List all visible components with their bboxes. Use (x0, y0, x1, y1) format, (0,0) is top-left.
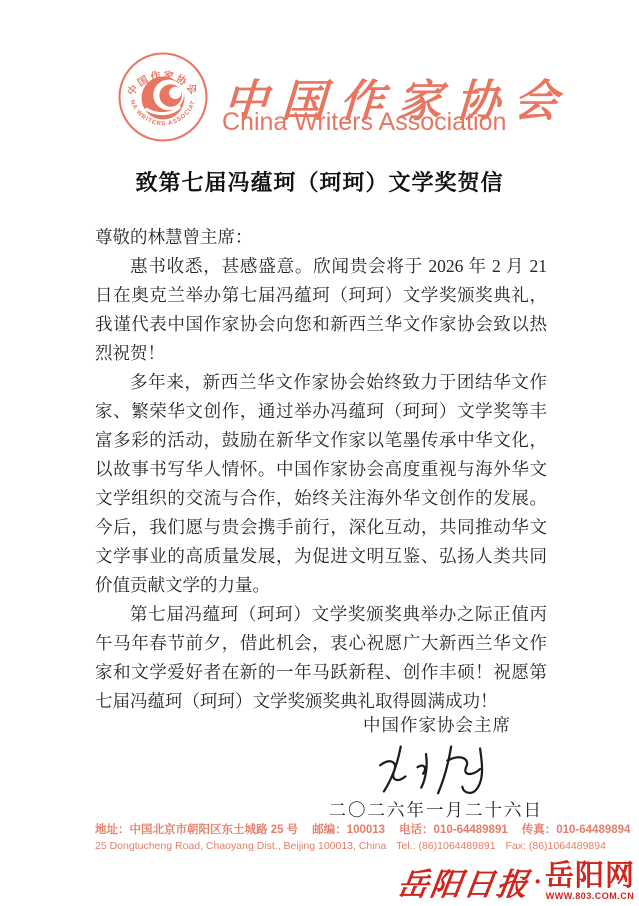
salutation: 尊敬的林慧曾主席： (95, 223, 547, 252)
footer-contact-cn: 地址：中国北京市朝阳区东土城路 25 号邮编：100013电话：010-6448… (95, 821, 555, 837)
paragraph-1: 惠书收悉，甚感盛意。欣闻贵会将于 2026 年 2 月 21 日在奥克兰举办第七… (95, 252, 547, 368)
yueyang-daily-wordmark: 岳阳日报 (395, 859, 533, 904)
signer-title: 中国作家协会主席 (363, 712, 511, 737)
letter-date: 二〇二六年一月二十六日 (329, 797, 544, 822)
postcode-cn: 邮编：100013 (312, 824, 385, 836)
paragraph-2: 多年来，新西兰华文作家协会始终致力于团结华文作家、繁荣华文创作，通过举办冯蕴珂（… (95, 368, 547, 600)
yueyang-site-url: WWW.803.COM.CN (546, 892, 635, 901)
fax-cn: 传真：010-64489894 (522, 824, 631, 836)
tel-en: Tel.: (86)1064489891 (396, 840, 495, 852)
footer-contact-en: 25 Dongtucheng Road, Chaoyang Dist., Bei… (95, 840, 555, 852)
letter-body: 尊敬的林慧曾主席： 惠书收悉，甚感盛意。欣闻贵会将于 2026 年 2 月 21… (95, 223, 547, 716)
letter-title: 致第七届冯蕴珂（珂珂）文学奖贺信 (0, 166, 639, 197)
address-cn: 地址：中国北京市朝阳区东土城路 25 号 (95, 824, 298, 836)
signature-block: 中国作家协会主席 二〇二六年一月二十六日 (225, 712, 545, 822)
address-en: 25 Dongtucheng Road, Chaoyang Dist., Bei… (95, 840, 386, 852)
seal-crescent-emblem (142, 77, 185, 120)
tel-cn: 电话：010-64489891 (399, 824, 508, 836)
org-name-english: China Writers Association (222, 108, 506, 137)
cwa-seal-icon: 中国作家协会 CHINA WRITERS ASSOCIATION (118, 52, 208, 142)
fax-en: Fax: (86)1064489894 (506, 840, 606, 852)
footer-contact: 地址：中国北京市朝阳区东土城路 25 号邮编：100013电话：010-6448… (95, 821, 555, 852)
handwritten-signature-icon (369, 741, 509, 797)
watermark-separator-dot: · (533, 867, 542, 897)
yueyang-media-logo: 岳阳日报 · 岳阳网 WWW.803.COM.CN (398, 859, 635, 904)
paragraph-3: 第七届冯蕴珂（珂珂）文学奖颁奖典举办之际正值丙午马年春节前夕，借此机会，衷心祝愿… (95, 600, 547, 716)
yueyang-site-wordmark: 岳阳网 (545, 862, 635, 891)
